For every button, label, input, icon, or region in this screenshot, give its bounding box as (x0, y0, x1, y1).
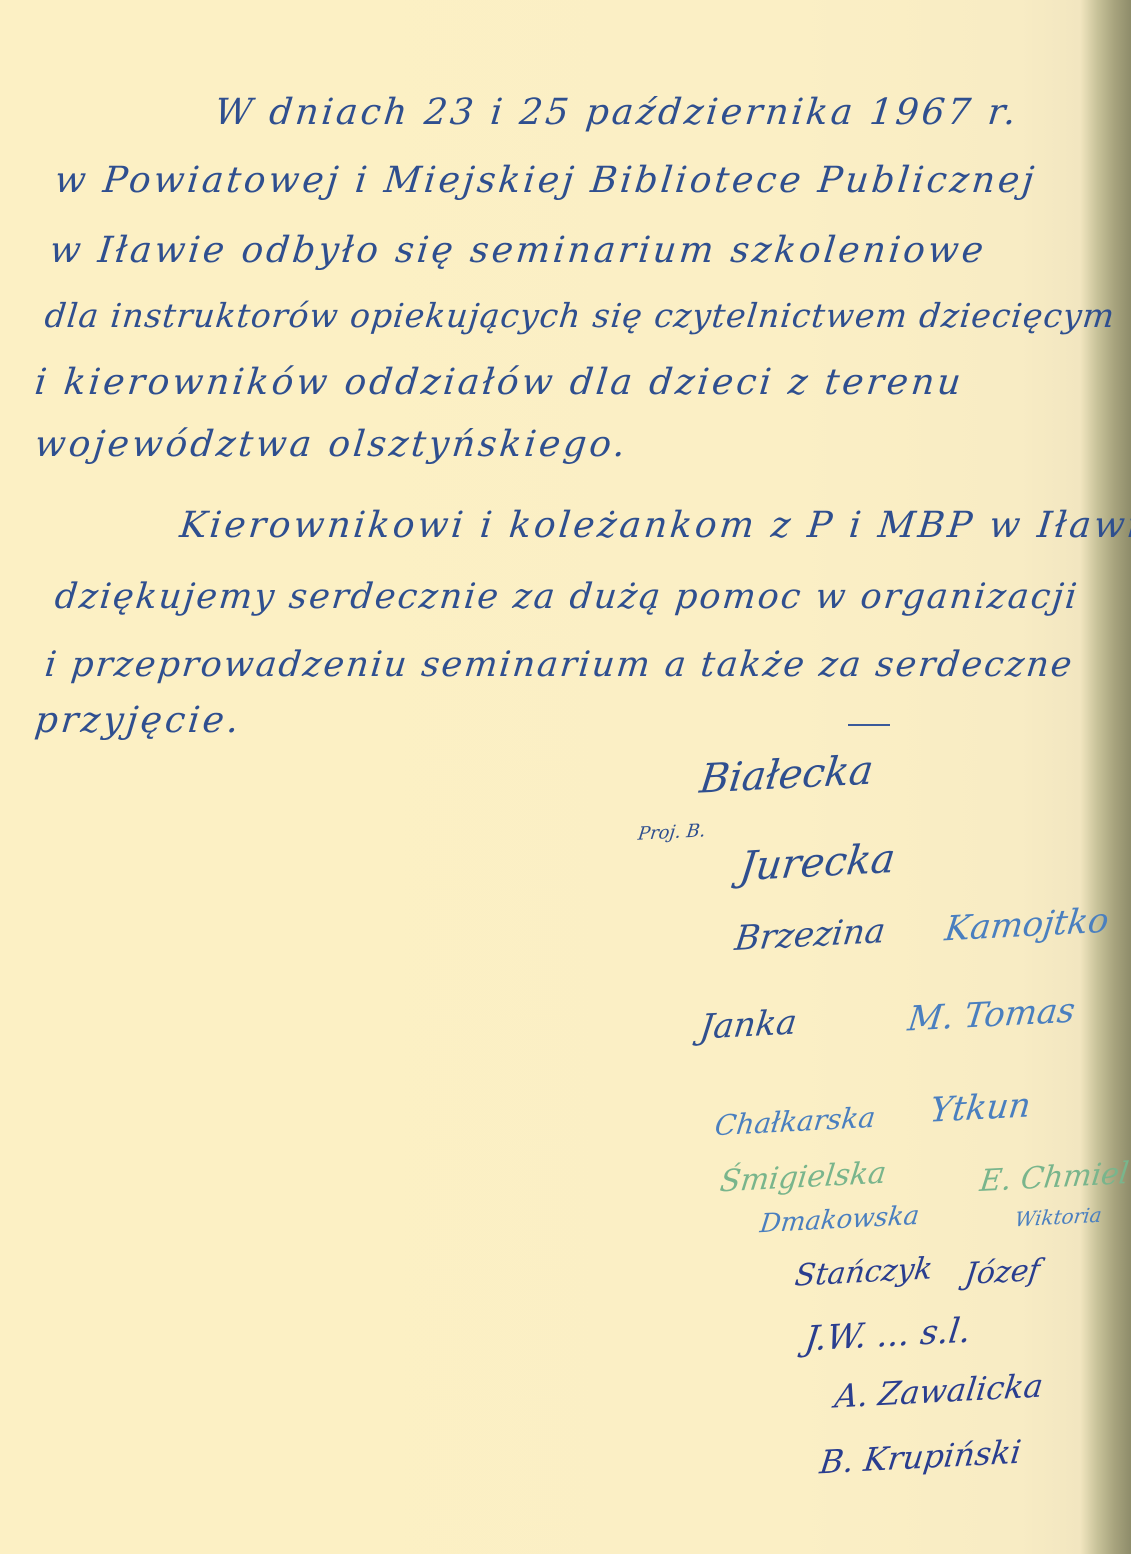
text-line: i przeprowadzeniu seminarium a także za … (43, 645, 1076, 685)
signature: Dmakowska (758, 1201, 921, 1240)
signature: Chałkarska (713, 1101, 877, 1143)
signature: Stańczyk (793, 1251, 935, 1293)
signature: Proj. B. (637, 820, 707, 845)
signature: Białecka (697, 747, 876, 802)
signature: J.W. ... s.l. (803, 1311, 973, 1360)
text-line: Kierownikowi i koleżankom z P i MBP w Ił… (178, 505, 1131, 546)
signature: Józef (963, 1253, 1042, 1292)
text-line: województwa olsztyńskiego. (33, 424, 630, 465)
signature: Ytkun (928, 1085, 1033, 1131)
text-line: w Iławie odbyło się seminarium szkolenio… (48, 230, 988, 271)
signature: M. Tomas (906, 990, 1078, 1039)
text-line: w Powiatowej i Miejskiej Bibliotece Publ… (53, 160, 1039, 201)
text-line: dla instruktorów opiekujących się czytel… (43, 296, 1117, 335)
text-line: W dniach 23 i 25 października 1967 r. (213, 92, 1021, 133)
signature: Jurecka (737, 836, 898, 890)
signature: Kamojtko (943, 901, 1111, 950)
text-line: przyjęcie. (33, 700, 244, 741)
signature: A. Zawalicka (833, 1366, 1046, 1415)
signature: Brzezina (733, 911, 888, 959)
signature: Śmigielska (718, 1156, 888, 1200)
signature: Janka (698, 1002, 799, 1047)
signature: Wiktoria (1014, 1203, 1104, 1232)
signature: E. Chmiel (978, 1156, 1131, 1199)
text-line: dziękujemy serdecznie za dużą pomoc w or… (53, 577, 1081, 617)
document-page: W dniach 23 i 25 października 1967 r. w … (0, 0, 1131, 1554)
signature-stroke (848, 724, 890, 726)
text-line: i kierowników oddziałów dla dzieci z ter… (33, 362, 966, 403)
signature: B. Krupiński (818, 1433, 1023, 1482)
